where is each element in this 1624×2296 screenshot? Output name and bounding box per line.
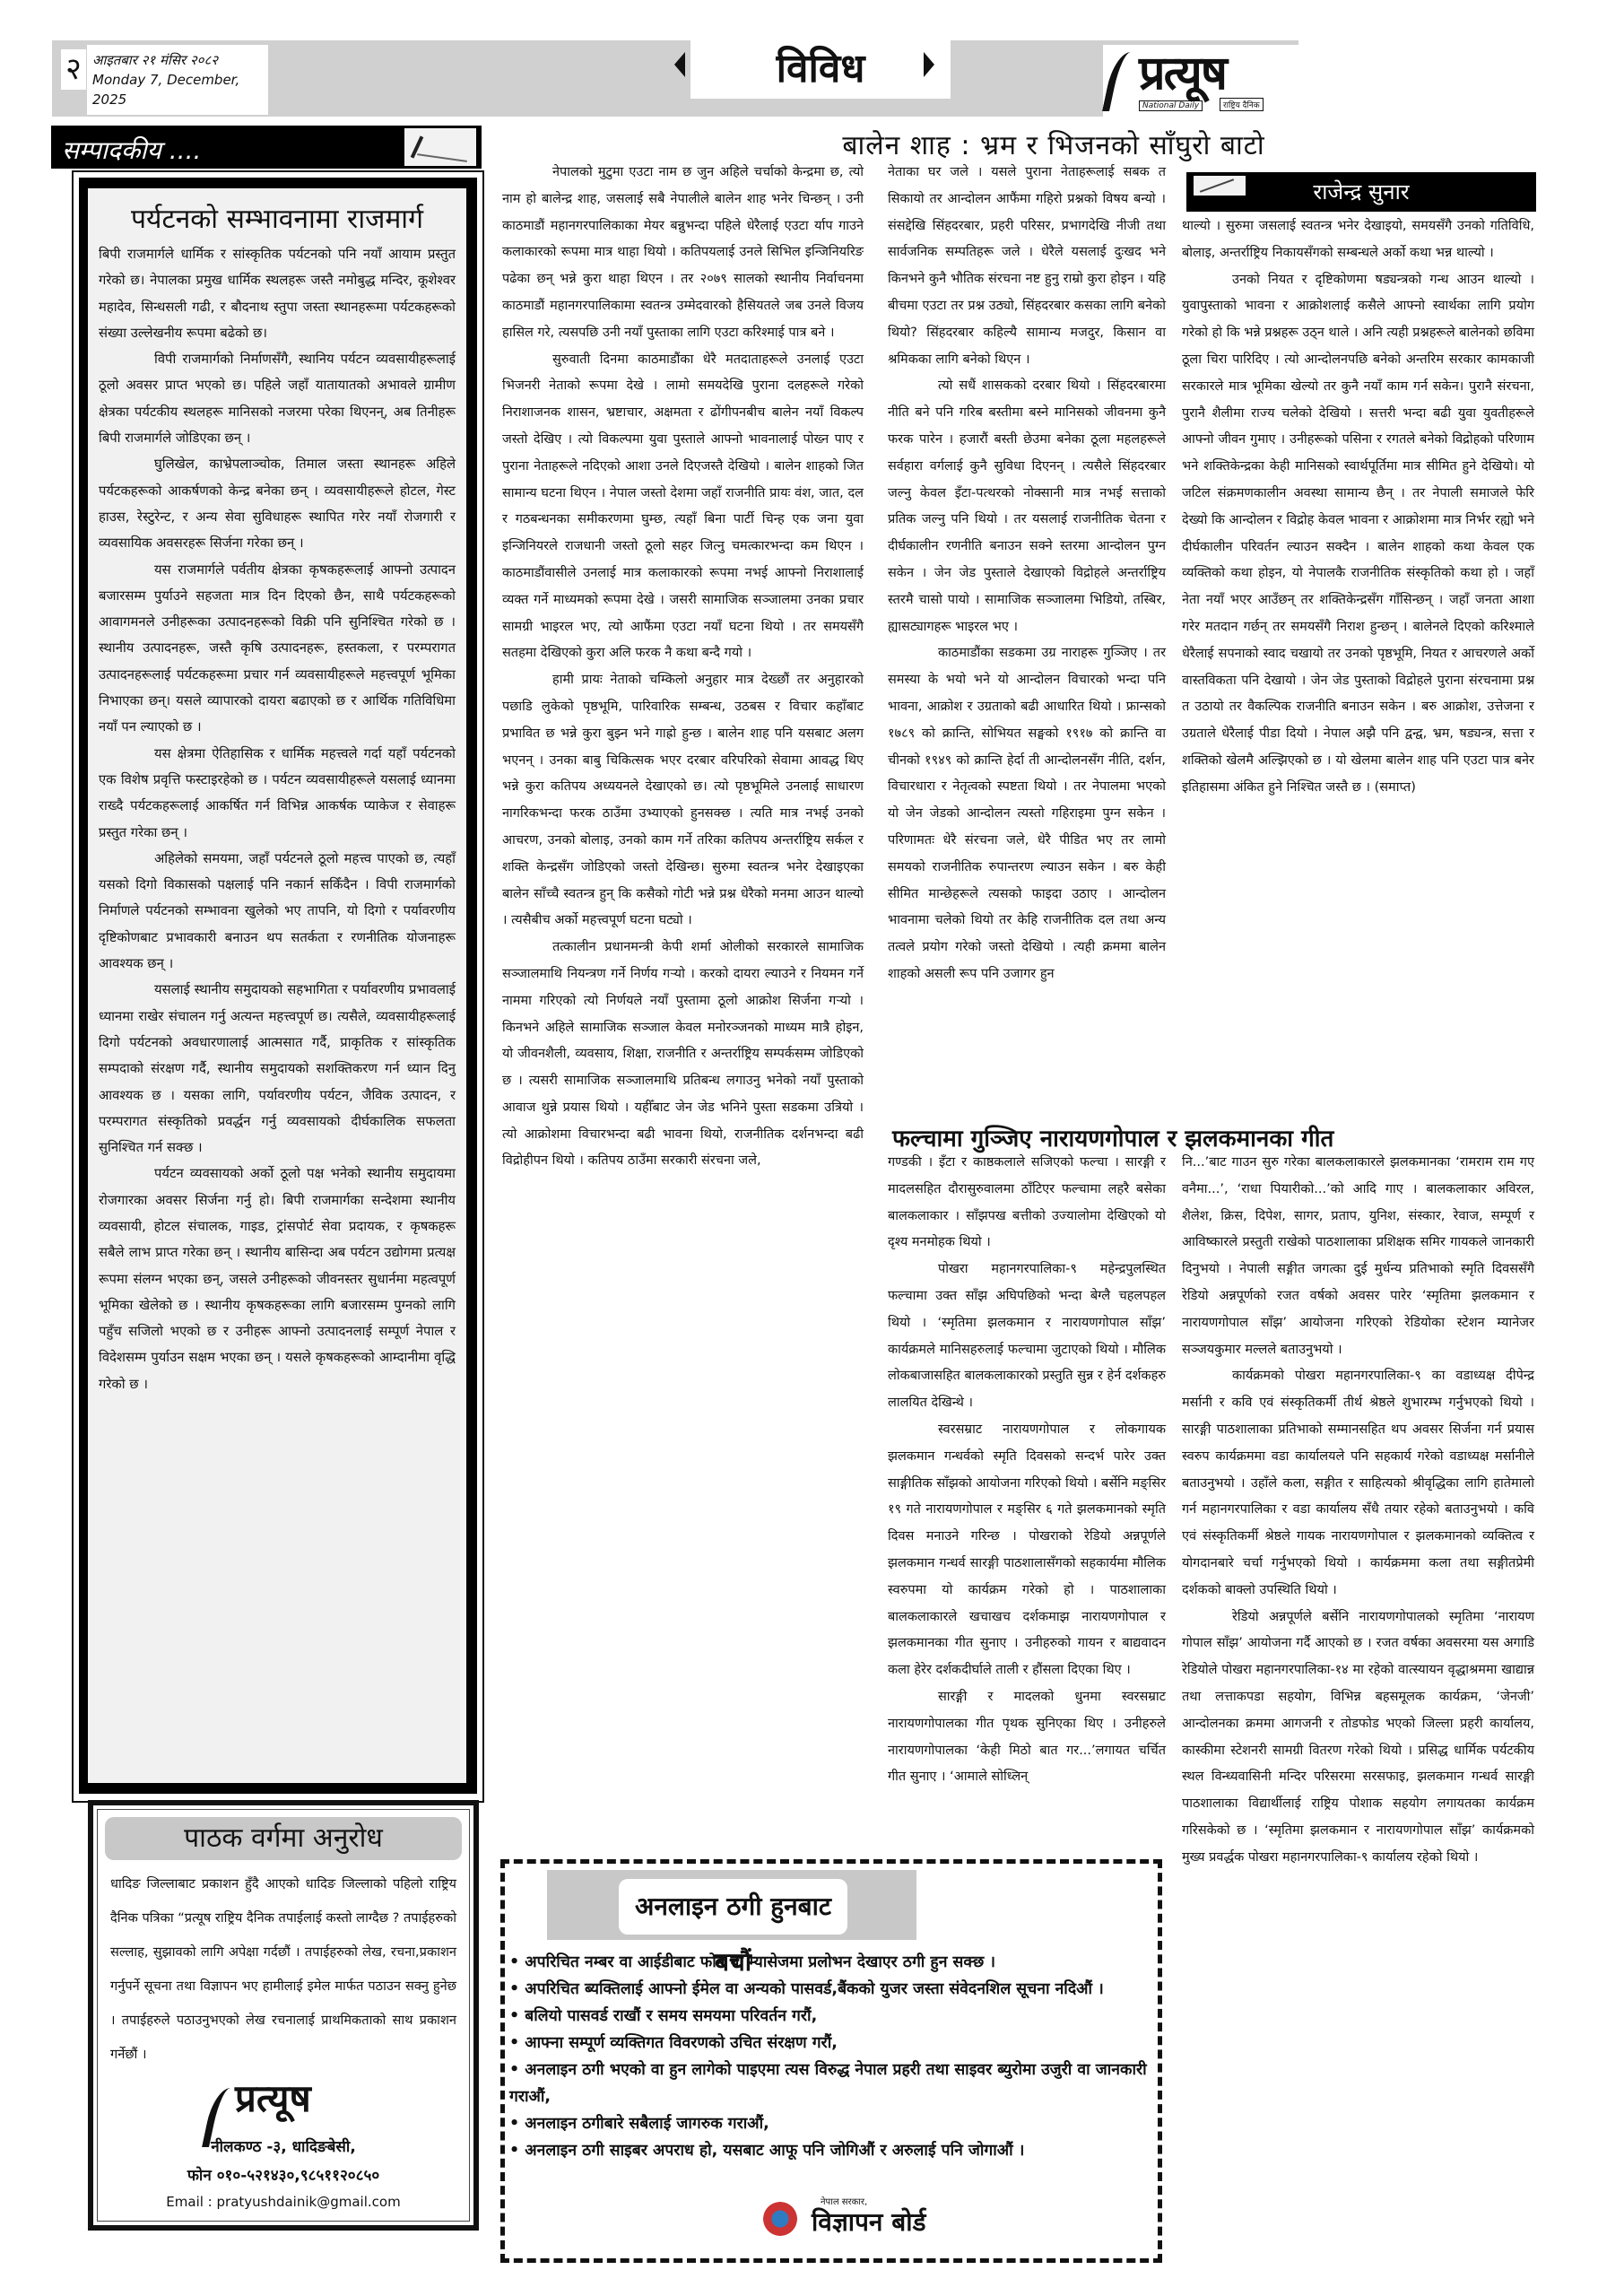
editorial-body: बिपी राजमार्गले धार्मिक र सांस्कृतिक पर्… [99, 241, 456, 1397]
article-paragraph: स्वरसम्राट नारायणगोपाल र लोकगायक झलकमान … [888, 1417, 1166, 1684]
reader-request-box: पाठक वर्गमा अनुरोध धादिङ जिल्लाबाट प्रका… [97, 1809, 470, 2222]
logo-name: प्रत्यूष [235, 2072, 311, 2123]
editorial-box: पर्यटनको सम्भावनामा राजमार्ग बिपी राजमार… [79, 178, 477, 1794]
pen-icon [404, 128, 476, 166]
ad-item: • अनलाइन ठगी भएको वा हुन लागेको पाइएमा त… [509, 2057, 1157, 2110]
editorial-paragraph: अहिलेको समयमा, जहाँ पर्यटनले ठूलो महत्त्… [99, 846, 456, 977]
ad-item: • आफ्ना सम्पूर्ण व्यक्तिगत विवरणको उचित … [509, 2030, 1157, 2057]
ad-board: विज्ञापन बोर्ड [812, 2205, 925, 2239]
article-paragraph: गण्डकी । इँटा र काष्ठकलाले सजिएको फल्चा … [888, 1150, 1166, 1257]
article-paragraph: पोखरा महानगरपालिका-९ महेन्द्रपुलस्थित फल… [888, 1257, 1166, 1417]
reader-request-text: धादिङ जिल्लाबाट प्रकाशन हुँदै आएको धादिङ… [105, 1867, 462, 2072]
wing-icon [1102, 52, 1142, 111]
article-paragraph: तत्कालीन प्रधानमन्त्री केपी शर्मा ओलीको … [502, 935, 864, 1175]
article-paragraph: उनको नियत र दृष्टिकोणमा षड्यन्त्रको गन्ध… [1182, 267, 1534, 802]
article-paragraph: कार्यक्रमको पोखरा महानगरपालिका-९ का वडाध… [1182, 1363, 1534, 1604]
logo-sub-np: राष्ट्रिय दैनिक [1220, 98, 1264, 111]
date-english: Monday 7, December, 2025 [92, 70, 263, 109]
newspaper-logo-small: प्रत्यूष [203, 2081, 364, 2133]
article-paragraph: काठमाडौंका सडकमा उग्र नाराहरू गुञ्जिए । … [888, 640, 1166, 987]
reader-request-title: पाठक वर्गमा अनुरोध [105, 1817, 462, 1860]
ad-item: • अनलाइन ठगीबारे सबैलाई जागरुक गराऔं, [509, 2110, 1157, 2137]
article-paragraph: त्यो सधैं शासकको दरबार थियो । सिंहदरबारम… [888, 373, 1166, 640]
editorial-paragraph: विपी राजमार्गको निर्माणसँगै, स्थानिय पर्… [99, 346, 456, 451]
editorial-label: सम्पादकीय .... [62, 135, 201, 165]
section-title: विविध [690, 39, 951, 99]
date-box: आइतबार २१ मंसिर २०८२ Monday 7, December,… [87, 45, 268, 115]
article-paragraph: हामी प्रायः नेताको चम्किलो अनुहार मात्र … [502, 667, 864, 935]
ad-item: • बलियो पासवर्ड राखौं र समय समयमा परिवर्… [509, 2003, 1157, 2030]
article-paragraph: सारङ्गी र मादलको धुनमा स्वरसम्राट नारायण… [888, 1684, 1166, 1791]
second-article-col1: गण्डकी । इँटा र काष्ठकलाले सजिएको फल्चा … [888, 1150, 1166, 1791]
newspaper-logo: प्रत्यूष National Daily राष्ट्रिय दैनिक [1103, 45, 1300, 117]
triangle-left-icon [674, 52, 685, 77]
article-paragraph: थाल्यो । सुरुमा जसलाई स्वतन्त्र भनेर देख… [1182, 213, 1534, 267]
editorial-title: पर्यटनको सम्भावनामा राजमार्ग [99, 199, 456, 236]
email-link[interactable]: Email : pratyushdainik@gmail.com [105, 2190, 462, 2213]
triangle-right-icon [924, 52, 934, 77]
main-article-col3: थाल्यो । सुरुमा जसलाई स्वतन्त्र भनेर देख… [1182, 213, 1534, 802]
phone: फोन ०१०-५२१४३०,९८५११२०८५० [105, 2161, 462, 2190]
author-byline: राजेन्द्र सुनार [1186, 172, 1536, 212]
main-article-col1: नेपालको मुटुमा एउटा नाम छ जुन अहिले चर्च… [502, 160, 864, 1175]
article-paragraph: नेपालको मुटुमा एउटा नाम छ जुन अहिले चर्च… [502, 160, 864, 347]
ad-list: • अपरिचित नम्बर वा आईडीबाट फोन वा म्यासे… [509, 1949, 1157, 2164]
pen-icon [1194, 176, 1246, 196]
date-nepali: आइतबार २१ मंसिर २०८२ [92, 50, 263, 70]
main-article-col2: नेताका घर जले । यसले पुराना नेताहरूलाई स… [888, 160, 1166, 988]
logo-name: प्रत्यूष [1139, 39, 1226, 103]
second-article-col2: नि...’बाट गाउन सुरु गरेका बालकलाकारले झल… [1182, 1150, 1534, 1872]
page-number: २ [61, 49, 86, 90]
article-paragraph: नि...’बाट गाउन सुरु गरेका बालकलाकारले झल… [1182, 1150, 1534, 1363]
nepal-emblem-icon [762, 2197, 798, 2240]
article-paragraph: रेडियो अन्नपूर्णले बर्सेनि नारायणगोपालको… [1182, 1605, 1534, 1872]
address: नीलकण्ठ -३, धादिङबेसी, [105, 2133, 462, 2161]
article-paragraph: नेताका घर जले । यसले पुराना नेताहरूलाई स… [888, 160, 1166, 373]
editorial-paragraph: पर्यटन व्यवसायको अर्को ठूलो पक्ष भनेको स… [99, 1161, 456, 1397]
ad-title: अनलाइन ठगी हुनबाट बचौं [619, 1879, 847, 1935]
editorial-paragraph: यस क्षेत्रमा ऐतिहासिक र धार्मिक महत्त्वल… [99, 741, 456, 846]
ad-item: • अपरिचित ब्यक्तिलाई आफ्नो ईमेल वा अन्यक… [509, 1976, 1157, 2003]
main-article-title: बालेन शाह : भ्रम र भिजनको साँघुरो बाटो [498, 126, 1610, 158]
article-paragraph: सुरुवाती दिनमा काठमाडौंका धेरै मतदाताहरू… [502, 347, 864, 668]
editorial-paragraph: यसलाई स्थानीय समुदायको सहभागिता र पर्याव… [99, 977, 456, 1161]
editorial-paragraph: घुलिखेल, काभ्रेपलाञ्चोक, तिमाल जस्ता स्थ… [99, 451, 456, 556]
author-name: राजेन्द्र सुनार [1313, 179, 1409, 204]
logo-sub-en: National Daily [1139, 100, 1203, 111]
editorial-paragraph: यस राजमार्गले पर्वतीय क्षेत्रका कृषकहरूल… [99, 557, 456, 741]
editorial-header: सम्पादकीय .... [51, 126, 482, 169]
second-article-title: फल्चामा गुञ्जिए नारायणगोपाल र झलकमानका ग… [892, 1121, 1538, 1152]
ad-item: • अपरिचित नम्बर वा आईडीबाट फोन वा म्यासे… [509, 1949, 1157, 1976]
ad-item: • अनलाइन ठगी साइबर अपराध हो, यसबाट आफू प… [509, 2137, 1157, 2164]
editorial-paragraph: बिपी राजमार्गले धार्मिक र सांस्कृतिक पर्… [99, 241, 456, 346]
